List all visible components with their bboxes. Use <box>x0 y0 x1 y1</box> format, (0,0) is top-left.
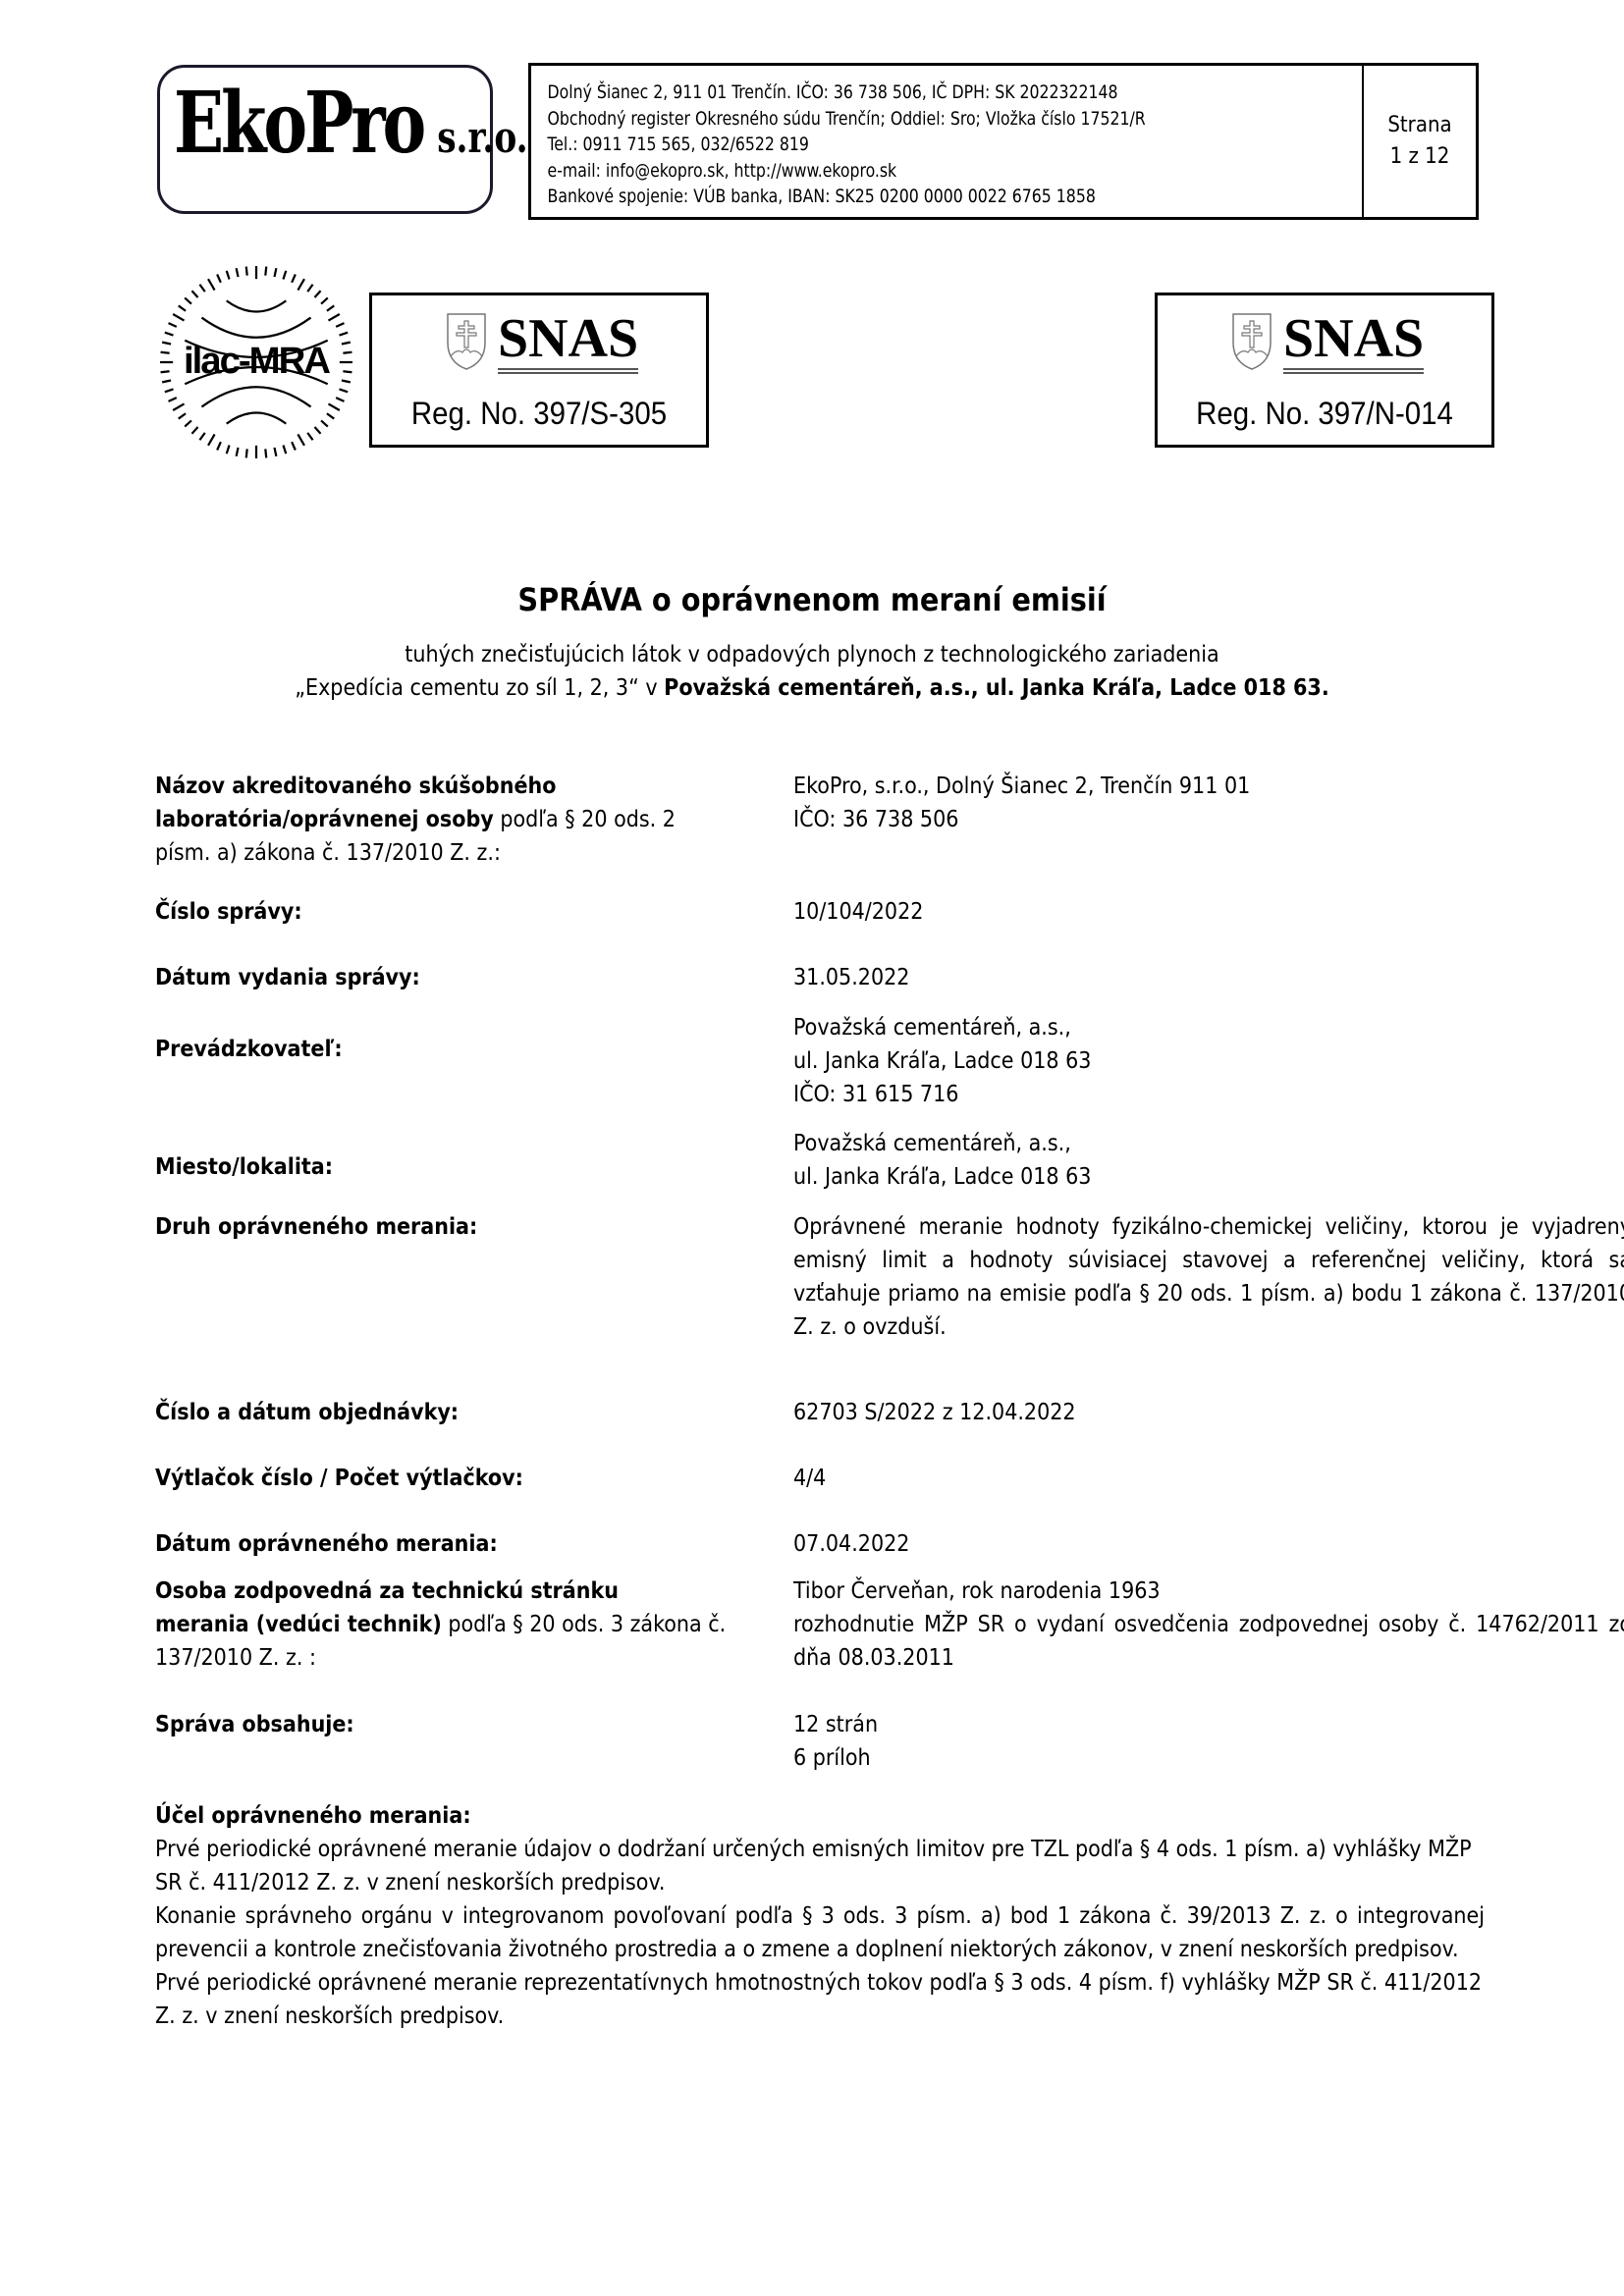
field-value: Považská cementáreň, a.s., <box>793 1127 1624 1160</box>
snas-badge-s305: SNAS Reg. No. 397/S-305 <box>369 293 709 448</box>
field-label: Číslo a dátum objednávky: <box>155 1396 744 1429</box>
snas-brand: SNAS <box>498 311 638 374</box>
logo-name: EkoPro <box>174 74 423 173</box>
field-value: ul. Janka Kráľa, Ladce 018 63 <box>793 1044 1624 1078</box>
company-address: Dolný Šianec 2, 911 01 Trenčín. IČO: 36 … <box>548 80 1296 106</box>
snas-badge-n014: SNAS Reg. No. 397/N-014 <box>1155 293 1494 448</box>
field-value: 6 príloh <box>793 1741 1624 1775</box>
slovak-coat-of-arms-icon <box>1230 311 1273 372</box>
company-info: Dolný Šianec 2, 911 01 Trenčín. IČO: 36 … <box>531 66 1295 217</box>
field-value: Považská cementáreň, a.s., <box>793 1011 1624 1044</box>
field-label: Miesto/lokalita: <box>155 1150 744 1184</box>
field-value: 10/104/2022 <box>793 895 1624 929</box>
purpose-paragraph: Prvé periodické oprávnené meranie údajov… <box>155 1833 1485 1899</box>
field-value: 62703 S/2022 z 12.04.2022 <box>793 1396 1624 1429</box>
purpose-paragraph: Konanie správneho orgánu v integrovanom … <box>155 1899 1485 1966</box>
field-value: 4/4 <box>793 1462 1624 1495</box>
field-label: Číslo správy: <box>155 895 744 929</box>
subtitle-facility: „Expedícia cementu zo síl 1, 2, 3“ v <box>295 675 664 701</box>
report-title: SPRÁVA o oprávnenom meraní emisií <box>0 581 1624 618</box>
subtitle-operator: Považská cementáreň, a.s., ul. Janka Krá… <box>664 675 1329 701</box>
report-subtitle: tuhých znečisťujúcich látok v odpadových… <box>0 638 1624 705</box>
field-value: 31.05.2022 <box>793 961 1624 994</box>
field-value: Oprávnené meranie hodnoty fyzikálno-chem… <box>793 1210 1624 1344</box>
field-value: rozhodnutie MŽP SR o vydaní osvedčenia z… <box>793 1608 1624 1675</box>
ilac-mra-logo-icon: ilac-MRA <box>157 263 355 461</box>
field-label: Výtlačok číslo / Počet výtlačkov: <box>155 1462 744 1495</box>
field-value: 07.04.2022 <box>793 1527 1624 1561</box>
purpose-heading: Účel oprávneného merania: <box>155 1803 471 1829</box>
company-info-box: Dolný Šianec 2, 911 01 Trenčín. IČO: 36 … <box>528 63 1479 220</box>
page-indicator: Strana 1 z 12 <box>1362 66 1476 217</box>
field-label: merania (vedúci technik) <box>155 1612 442 1637</box>
snas-reg-number: Reg. No. 397/N-014 <box>1171 396 1479 432</box>
slovak-coat-of-arms-icon <box>445 311 488 372</box>
field-value: 12 strán <box>793 1708 1624 1741</box>
field-label: Správa obsahuje: <box>155 1708 744 1741</box>
purpose-section: Účel oprávneného merania: Prvé periodick… <box>155 1799 1485 2033</box>
field-value: IČO: 31 615 716 <box>793 1078 1624 1111</box>
company-phone: Tel.: 0911 715 565, 032/6522 819 <box>548 132 1296 158</box>
snas-reg-number: Reg. No. 397/S-305 <box>386 396 693 432</box>
field-value: ul. Janka Kráľa, Ladce 018 63 <box>793 1160 1624 1194</box>
field-label: Druh oprávneného merania: <box>155 1210 744 1244</box>
company-bank: Bankové spojenie: VÚB banka, IBAN: SK25 … <box>548 184 1296 210</box>
page-number: 1 z 12 <box>1390 141 1450 173</box>
subtitle-line-1: tuhých znečisťujúcich látok v odpadových… <box>0 638 1624 671</box>
company-logo: EkoPros.r.o. <box>157 65 493 214</box>
purpose-paragraph: Prvé periodické oprávnené meranie reprez… <box>155 1966 1485 2033</box>
field-value: IČO: 36 738 506 <box>793 803 1624 836</box>
svg-text:ilac-MRA: ilac-MRA <box>184 340 330 382</box>
company-register: Obchodný register Okresného súdu Trenčín… <box>548 106 1296 133</box>
field-value: Tibor Červeňan, rok narodenia 1963 <box>793 1575 1624 1608</box>
logo-suffix: s.r.o. <box>437 113 527 163</box>
field-label: Osoba zodpovedná za technickú stránku <box>155 1578 619 1604</box>
field-value: EkoPro, s.r.o., Dolný Šianec 2, Trenčín … <box>793 770 1624 803</box>
field-label: Dátum oprávneného merania: <box>155 1527 744 1561</box>
field-label: Dátum vydania správy: <box>155 961 744 994</box>
page-label: Strana <box>1387 110 1451 141</box>
snas-brand: SNAS <box>1283 311 1424 374</box>
company-email-web: e-mail: info@ekopro.sk, http://www.ekopr… <box>548 158 1296 185</box>
field-label: Prevádzkovateľ: <box>155 1033 744 1066</box>
